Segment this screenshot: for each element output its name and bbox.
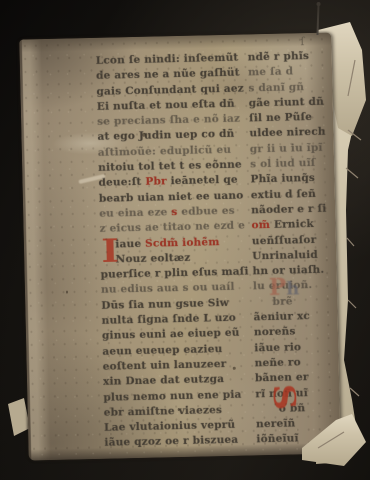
script-text: uldee nirech bbox=[249, 126, 326, 140]
script-line: gãe riunt dñ bbox=[249, 94, 333, 111]
script-text: edbue es bbox=[177, 205, 235, 218]
script-text: aeun eueuep eazieu bbox=[102, 343, 222, 358]
text-column-left: Lcon ſe nindi: inſeemũtde ares ne a nũe … bbox=[96, 50, 263, 451]
initial-p-gray-part: h bbox=[286, 278, 300, 299]
script-text: Lae vlutaionius veprũ bbox=[104, 419, 235, 434]
rubric-text: Pbr bbox=[145, 176, 167, 188]
script-text: ndẽ r phĩs bbox=[248, 50, 310, 63]
wormhole-speck bbox=[142, 133, 145, 137]
script-text: eoſtent uin lanuzeer bbox=[103, 358, 227, 373]
script-text: xin Dnae dat eutzga bbox=[103, 373, 224, 388]
script-text: nu edius aua s ou uaíl bbox=[101, 281, 235, 296]
script-text: Lcon ſe nindi: inſeemũt bbox=[96, 52, 239, 67]
script-text: at ego Judin uep co dñ bbox=[97, 128, 234, 143]
script-text: Unrinaluid bbox=[252, 249, 318, 262]
script-line: nãoder e r ſi bbox=[251, 201, 335, 218]
red-paraph-mark: S bbox=[268, 383, 299, 411]
script-text: Ernick bbox=[274, 218, 314, 231]
script-text: s danĩ gñ bbox=[248, 81, 304, 94]
script-text: z eicus ae titao ne ezd e bbox=[99, 220, 245, 235]
script-line: uldee nirech bbox=[249, 125, 333, 142]
script-text: ieānetel qe bbox=[167, 174, 238, 188]
script-text: Ei nuſta et nou eſta dñ bbox=[97, 98, 235, 113]
script-line: iãue qzoz oe r biszuea bbox=[104, 433, 262, 452]
script-text: eu eina eze bbox=[99, 206, 171, 220]
script-text: gais Conſundant qui aez bbox=[96, 82, 244, 97]
script-text: s ol iud uĩſ bbox=[250, 157, 316, 170]
rubric-text: Scdm̃ iohẽm bbox=[145, 236, 220, 250]
wormhole-speck bbox=[178, 408, 180, 411]
script-text: iõñeĩuĩ bbox=[256, 433, 299, 446]
script-text: nitoiu tol tet t es eõnne bbox=[98, 159, 242, 174]
script-text: ginus euni ae eiuep eũ bbox=[102, 327, 240, 342]
script-text: me ſa d bbox=[248, 66, 293, 79]
rubric-text: om̃ bbox=[251, 219, 274, 232]
wormhole-speck bbox=[233, 367, 236, 370]
script-text: ſil ne Pũſe bbox=[249, 111, 312, 124]
script-text: ebr amiſtne viaezes bbox=[104, 404, 223, 419]
script-text: extiu d ſeñ bbox=[251, 188, 316, 201]
wormhole-speck bbox=[66, 291, 68, 294]
script-text: noreñs bbox=[254, 326, 296, 339]
script-text: de ares ne a nũe gaſhüt bbox=[96, 67, 240, 82]
script-text: ãeniur xc bbox=[253, 310, 310, 323]
script-text: plus nemo nun ene pia bbox=[103, 388, 241, 403]
script-text: iãue rio bbox=[254, 341, 301, 354]
script-text: bearb uian niet ee uano bbox=[99, 189, 244, 204]
script-text: nãoder e r ſi bbox=[251, 203, 327, 217]
script-line: gr ii u iu ĩpĩ bbox=[250, 140, 334, 157]
script-text: se precians ſha e nõ iaz bbox=[97, 113, 240, 128]
script-line: iõñeĩuĩ bbox=[256, 431, 340, 448]
red-initial-i: I bbox=[101, 237, 119, 269]
initial-p-red-part: P bbox=[269, 274, 287, 301]
script-text: puerſice r plin eſus maſi bbox=[100, 266, 248, 281]
script-text: nulta ſigna ſnde L uzo bbox=[102, 312, 237, 327]
script-text: Phĩa iunq̃s bbox=[250, 172, 315, 185]
script-text: aſtimoũe: eduplicũ eu bbox=[98, 144, 232, 159]
two-tone-initial-p: Ph bbox=[269, 273, 300, 301]
script-text: iãue qzoz oe r biszuea bbox=[104, 434, 238, 449]
marginal-mark: ſ bbox=[300, 35, 304, 48]
script-text: ueñſſuaſor bbox=[252, 233, 317, 246]
script-text: bãnen er bbox=[255, 371, 309, 384]
script-text: neñe ro bbox=[255, 356, 301, 369]
photo-background: ſ Lcon ſe nindi: inſeemũtde ares ne a nũ… bbox=[0, 0, 370, 480]
script-text: gr ii u iu ĩpĩ bbox=[250, 142, 323, 156]
script-text: Dūs ſia nun gsue Siw bbox=[101, 297, 229, 312]
script-text: gãe riunt dñ bbox=[249, 96, 324, 110]
manuscript-parchment-cover: ſ Lcon ſe nindi: inſeemũtde ares ne a nũ… bbox=[19, 33, 340, 461]
script-text: deue:ſt bbox=[98, 176, 145, 189]
script-text: nereĩñ bbox=[256, 418, 296, 431]
